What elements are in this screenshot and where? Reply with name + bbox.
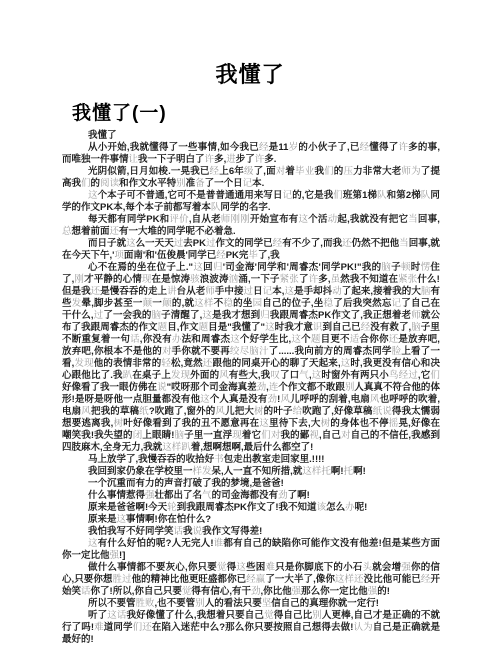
paragraph: 一个沉重而有力的声音打破了我的梦境,是爸爸!: [62, 478, 440, 490]
paragraph: 心不在焉的坐在位子上."这回归'司金海'同学和'周睿杰'同学PK!"我的脑子顿时…: [62, 262, 440, 454]
paragraph: 所以不要管胜败,也不要管别人的看法只要坚信自己的真理你就一定行!: [62, 598, 440, 610]
paragraph: 每天都有同学PK和评价,自从老师刚刚开始宣布有这个活动起,我就没有把它当回事,总…: [62, 214, 440, 238]
paragraph: 原来是爸爸啊!今天轮到我跟周睿杰PK作文了!我不知道该怎么办呢!: [62, 502, 440, 514]
paragraph: 光阴似箭,日月如梭.一晃我已经上6年级了,面对着毕业我们的压力非常大老师为了提高…: [62, 166, 440, 190]
paragraph: 而日子就这么一天天过去PK过作文的同学已经有不少了,而我还仍然不把他当回事,就在…: [62, 238, 440, 262]
page-title: 我懂了: [0, 0, 500, 89]
paragraph: 我回到家仍象在学校里一样发呆,人一直不知所措,就这样托啊!托啊!: [62, 466, 440, 478]
paragraph: 我懂了: [62, 130, 440, 142]
document-page: 我懂了 我懂了(一) 我懂了从小开始,我就懂得了一些事情,如今我已经是11岁的小…: [0, 0, 500, 647]
document-body: 我懂了从小开始,我就懂得了一些事情,如今我已经是11岁的小伙子了,已经懂得了许多…: [62, 130, 440, 646]
paragraph: 马上放学了,我慢吞吞的收拾好书包走出教室走回家里.!!!!: [62, 454, 440, 466]
paragraph: 从小开始,我就懂得了一些事情,如今我已经是11岁的小伙子了,已经懂得了许多的事,…: [62, 142, 440, 166]
paragraph: 我怕我写不好同学笑话我说我作文写得差!: [62, 526, 440, 538]
paragraph: 做什么事情都不要灰心,你只要觉得这些困难只是你脚底下的小石头就会增强你的信心,只…: [62, 562, 440, 598]
paragraph: 这个本子可不普通,它可不是普普通通用来写日记的,它是我们班第1梯队和第2梯队同学…: [62, 190, 440, 214]
paragraph: 听了这话我好像懂了什么,我想着只要自己觉得自己比别人更棒,自己才是正确的不就行了…: [62, 610, 440, 646]
paragraph: 原来是这事情啊!你在怕什么?: [62, 514, 440, 526]
section-heading: 我懂了(一): [72, 98, 500, 125]
paragraph: 什么事情惹得强壮都出了名气的司金海都没有劲了啊!: [62, 490, 440, 502]
paragraph: 这有什么好怕的呢?人无完人!谁都有自己的缺陷你可能作文没有他差!但是某些方面你一…: [62, 538, 440, 562]
